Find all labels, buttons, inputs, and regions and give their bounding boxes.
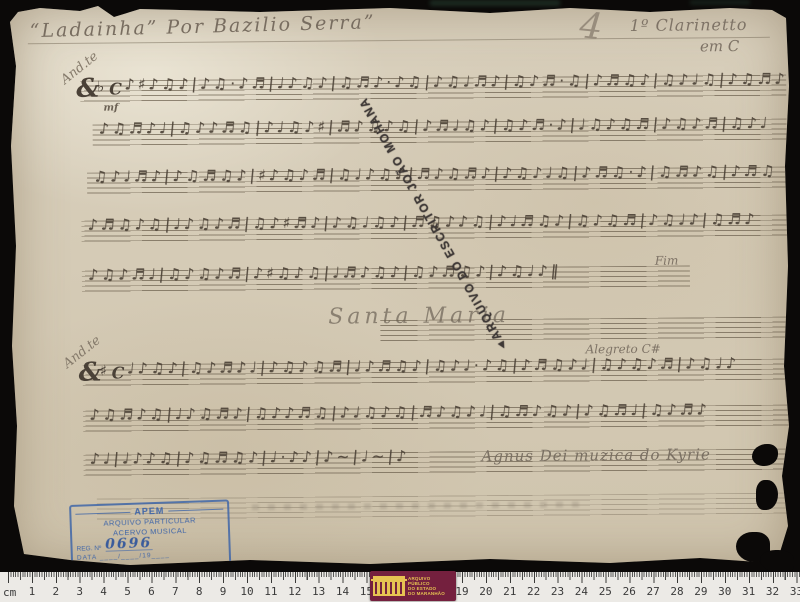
notes-run: ♪♫♪♬♩|♫♪♫♪♬|♪♯♫♪♫|♩♬♪♫♪|♫♪♬♫♪|♪♫♩♪‖ [87,260,690,293]
stamp-rule [168,508,223,511]
apem-registration-stamp: APEM ARQUIVO PARTICULAR ACERVO MUSICAL R… [69,499,231,571]
glare-highlight [430,0,560,6]
glare-highlight [690,0,750,5]
ruler-number: 7 [163,585,187,598]
ruler-number: 3 [68,585,92,598]
page-flourish: 4 [578,5,605,48]
staff: & ♭ C ♪♯♪♫♪|♪♫·♪♬|♩♪♫♪|♫♬♪·♪♫|♪♫♩♬♪|♫♪♬·… [80,75,786,103]
ruler-number: 33 [785,585,800,598]
archive-logo-text: ARQUIVO PÚBLICO DO ESTADO DO MARANHÃO [408,576,445,596]
ruler-number: 22 [522,585,546,598]
ruler-number: 8 [187,585,211,598]
ruler-number: 20 [474,585,498,598]
photo-scene: “Ladainha” Por Bazilio Serra” 4 1º Clari… [0,0,800,602]
notes-run: ♩♪♫♪|♫♪♬♪♩|♪♫♪♫♬|♩♪♬♫♪|♫♪♩·♪♫|♪♬♫♪♩|♫♪♫♪… [125,354,788,388]
ruler-number: 31 [737,585,761,598]
notes-run [423,312,788,343]
ruler-number: 32 [761,585,785,598]
ruler-number: 12 [283,585,307,598]
manuscript-content: “Ladainha” Por Bazilio Serra” 4 1º Clari… [8,3,793,572]
staff [380,317,788,342]
notes-run: ♫♪♩♬♪|♪♫♬♫♪|♯♪♫♪♬|♫♩♪♫♪|♬♪♫♬♪|♪♫♪♩♫|♪♬♫·… [92,162,787,196]
ruler-unit-label: cm [3,586,16,599]
key-signature: ♯ [100,362,107,380]
ruler-number: 21 [498,585,522,598]
apem-org-name: APEM [134,506,164,517]
ruler-number: 30 [713,585,737,598]
staff: ♪♫♪♬♩|♫♪♫♪♬|♪♯♫♪♫|♩♬♪♫♪|♫♪♬♫♪|♪♫♩♪‖ [82,265,690,292]
key-signature: ♭ [97,78,104,96]
reg-label: REG. Nº [76,545,101,553]
ruler-number: 4 [92,585,116,598]
ruler-number: 25 [593,585,617,598]
fim-label: Fim [655,254,679,268]
ruler-number: 24 [569,585,593,598]
archive-logo: ARQUIVO PÚBLICO DO ESTADO DO MARANHÃO [370,571,456,601]
notes-run: ♪♯♪♫♪|♪♫·♪♬|♩♪♫♪|♫♬♪·♪♫|♪♫♩♬♪|♫♪♬·♫|♪♬♫♪… [123,70,786,104]
torn-edge [760,550,794,572]
dynamic-marking: mf [103,102,118,113]
reg-number: 0696 [105,537,152,552]
ruler-number: 10 [235,585,259,598]
ruler-number: 11 [259,585,283,598]
ruler-number: 6 [139,585,163,598]
ruler-number: 9 [211,585,235,598]
agnus-dei-caption: Agnus Dei muzica do Kyrie [481,445,711,465]
staff: ♪♫♬♪♫|♩♪♫♬♪|♫♪♪♬♫|♪♩♫♪♫|♬♪♫♪♩|♫♬♪♫♪|♪♫♬♩… [83,405,789,433]
time-signature: C [109,79,122,98]
piece-title: “Ladainha” Por Bazilio Serra” [29,11,375,42]
ruler-number: 5 [116,585,140,598]
ruler-number: 13 [307,585,331,598]
ruler-number: 28 [665,585,689,598]
instrument-key-label: em C [700,37,740,55]
notes-run: ♪♫♬♪♩|♫♪♪♬♫|♪♩♫♪♯|♬♪♫♪♫|♪♬♩♫♪|♫♪♬·♪|♩♫♪♫… [97,114,786,148]
ruler-number: 1 [20,585,44,598]
staff: & ♯ C ♩♪♫♪|♫♪♬♪♩|♪♫♪♫♬|♩♪♬♫♪|♫♪♩·♪♫|♪♬♫♪… [83,359,789,387]
ruler-number: 2 [44,585,68,598]
ruler-number: 27 [641,585,665,598]
stamp-rule [75,511,130,514]
ruler-number: 26 [617,585,641,598]
staff: ♪♫♬♪♩|♫♪♪♬♫|♪♩♫♪♯|♬♪♫♪♫|♪♬♩♫♪|♫♪♬·♪|♩♫♪♫… [93,119,787,147]
notes-run: ♪♫♬♪♫|♩♪♫♬♪|♫♪♪♬♫|♪♩♫♪♫|♬♪♫♪♩|♫♬♪♫♪|♪♫♬♩… [88,400,789,434]
ruler-number: 14 [331,585,355,598]
manuscript-paper: “Ladainha” Por Bazilio Serra” 4 1º Clari… [10,6,790,568]
instrument-label: 1º Clarinetto [630,15,748,35]
staff: ♫♪♩♬♪|♪♫♬♫♪|♯♪♫♪♬|♫♩♪♫♪|♬♪♫♬♪|♪♫♪♩♫|♪♬♫·… [87,167,787,195]
notes-run: ♪♩|♩♪♪♫|♪♫♬♫♪|♩·♪♪|♪~|♩~|♪ [88,446,483,477]
building-icon [373,576,405,596]
time-signature: C [112,363,125,382]
ruler-number: 29 [689,585,713,598]
ruler-number: 23 [546,585,570,598]
